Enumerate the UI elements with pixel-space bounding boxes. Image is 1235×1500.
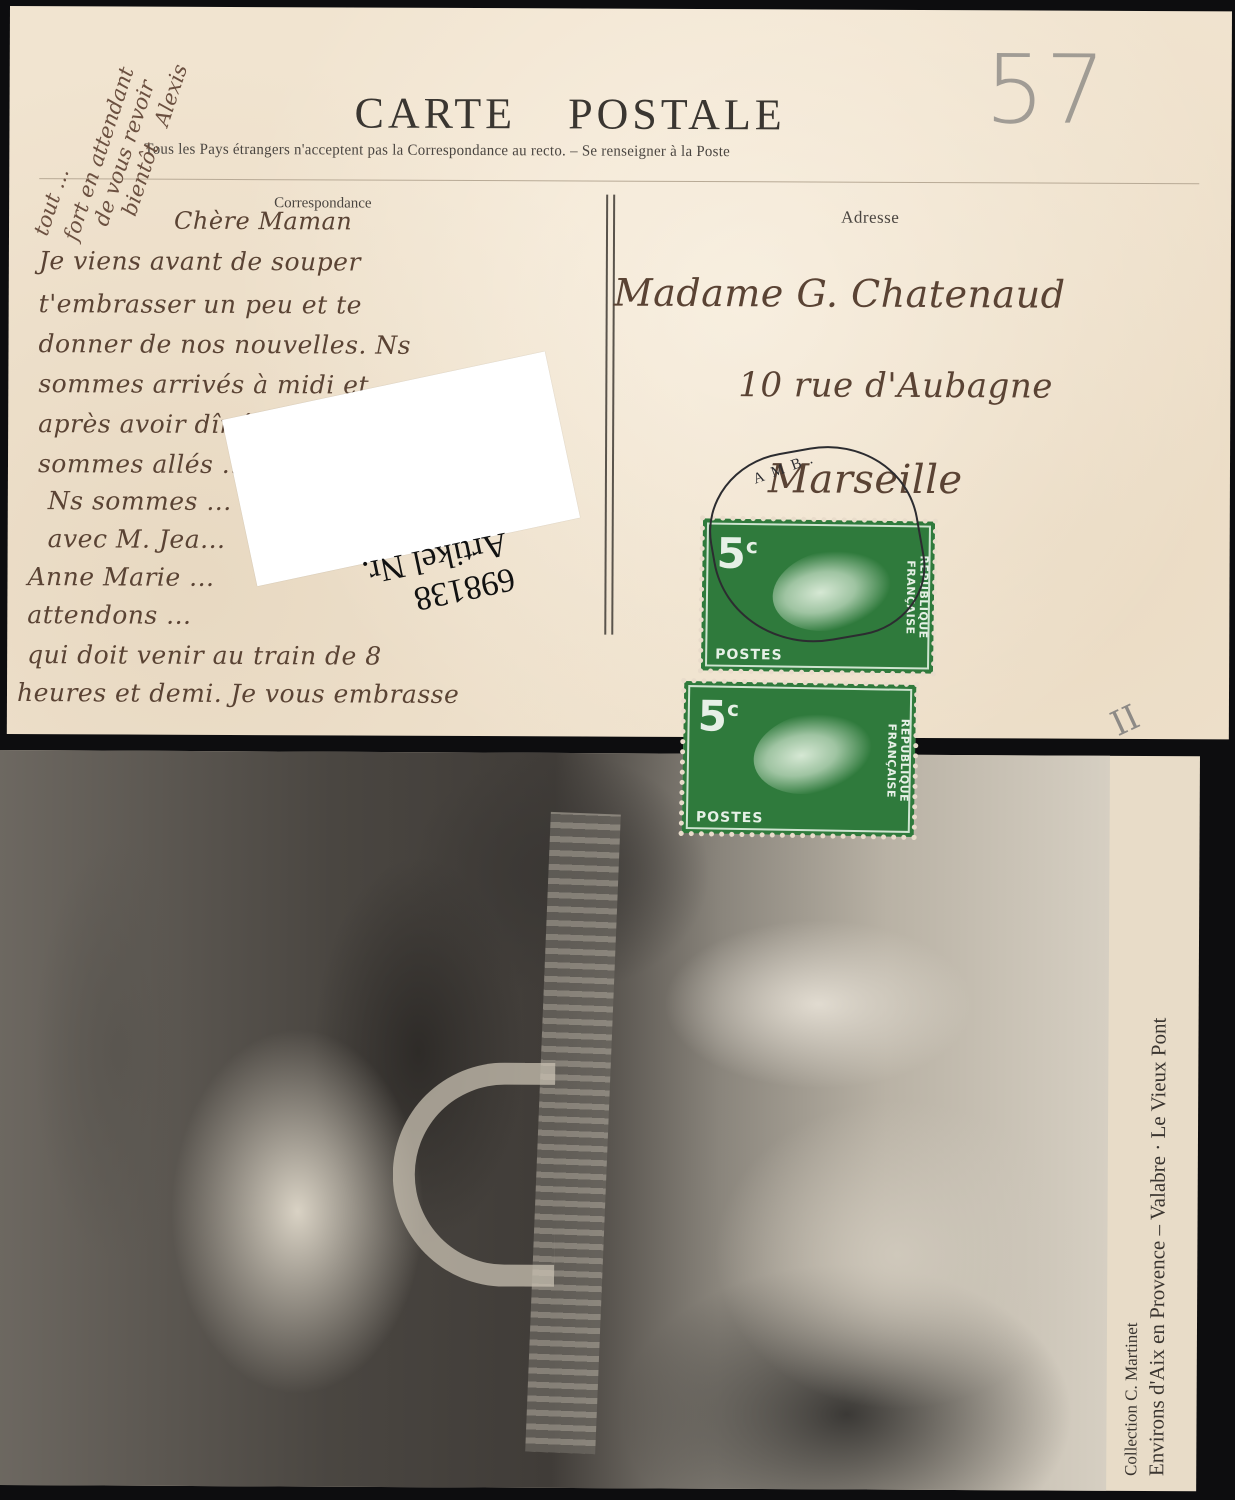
address-recipient: Madame G. Chatenaud bbox=[614, 271, 1066, 317]
pencil-roman-numeral: II bbox=[1105, 697, 1146, 745]
sower-figure-icon bbox=[747, 703, 880, 804]
address-street: 10 rue d'Aubagne bbox=[738, 365, 1053, 406]
caption-location: Environs d'Aix en Provence – Valabre · L… bbox=[1144, 1018, 1171, 1477]
divider-horizontal bbox=[39, 178, 1199, 184]
message-line: sommes arrivés à midi et bbox=[38, 369, 369, 399]
message-line: qui doit venir au train de 8 bbox=[27, 640, 382, 671]
landscape-photo bbox=[0, 750, 1110, 1491]
postcard-front: Collection C. Martinet Environs d'Aix en… bbox=[0, 750, 1200, 1491]
stamp-postes: POSTES bbox=[715, 647, 783, 664]
stamp-value: 5c bbox=[697, 691, 739, 741]
label-adresse: Adresse bbox=[841, 208, 899, 228]
message-line: avec M. Jea... bbox=[48, 524, 226, 554]
divider-vertical bbox=[611, 195, 614, 635]
message-line: Ns sommes ... bbox=[48, 486, 232, 516]
stamp-country: REPUBLIQUE FRANÇAISE bbox=[884, 693, 912, 829]
stamp-postes: POSTES bbox=[696, 809, 764, 826]
message-line: Anne Marie ... bbox=[27, 562, 214, 592]
message-line: t'embrasser un peu et te bbox=[39, 289, 362, 319]
message-line: donner de nos nouvelles. Ns bbox=[38, 329, 411, 360]
postal-notice: Tous les Pays étrangers n'acceptent pas … bbox=[144, 141, 730, 162]
divider-vertical bbox=[604, 195, 607, 635]
postage-stamp: 5c POSTES REPUBLIQUE FRANÇAISE bbox=[682, 681, 917, 837]
message-line: Je viens avant de souper bbox=[39, 246, 361, 276]
photo-bridge-arch bbox=[392, 1062, 555, 1287]
message-line: heures et demi. Je vous embrasse bbox=[17, 678, 459, 709]
message-line: attendons ... bbox=[27, 600, 191, 630]
caption-collection: Collection C. Martinet bbox=[1121, 1322, 1142, 1476]
pencil-number: 57 bbox=[984, 35, 1105, 146]
message-greeting: Chère Maman bbox=[174, 207, 352, 236]
title-word-carte: CARTE bbox=[354, 89, 516, 139]
postcard-back: 57 CARTEPOSTALE Tous les Pays étrangers … bbox=[7, 6, 1232, 739]
message-line: sommes allés ... bbox=[38, 449, 247, 479]
card-title: CARTEPOSTALE bbox=[354, 88, 785, 141]
title-word-postale: POSTALE bbox=[568, 89, 786, 139]
